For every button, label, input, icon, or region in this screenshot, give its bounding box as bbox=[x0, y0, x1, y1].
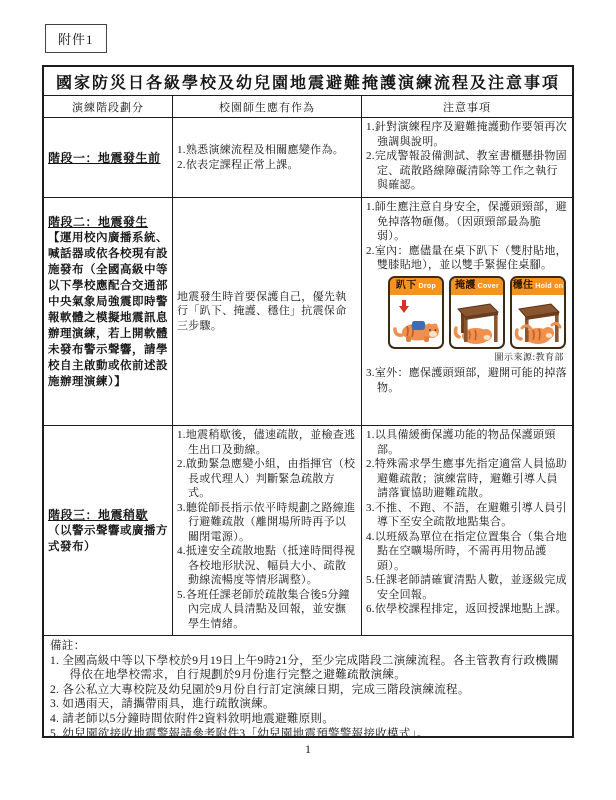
stage3-note-item: 3.不推、不跑、不語，在避難引導人員引導下至安全疏散地點集合。 bbox=[366, 501, 568, 530]
stage3-row: 階段三：地震稍歇 （以警示聲響或廣播方式發布） 1.地震稍歇後，儘速疏散，並檢查… bbox=[44, 425, 572, 635]
remark-item: 1. 全國高級中等以下學校於9月19日上午9時21分，至少完成階段二演練流程。各… bbox=[50, 654, 566, 683]
stage3-note-item: 5.任課老師請確實清點人數，並逐級完成安全回報。 bbox=[366, 573, 568, 602]
remark-item: 3. 如遇雨天，請攜帶雨具，進行疏散演練。 bbox=[50, 697, 566, 712]
header-stage-division: 演練階段劃分 bbox=[44, 96, 172, 117]
drill-procedure-table: 國家防災日各級學校及幼兒園地震避難掩護演練流程及注意事項 演練階段劃分 校園師生… bbox=[42, 65, 574, 738]
stage3-action-item: 2.啟動緊急應變小組，由指揮官（校長或代理人）判斷緊急疏散方式。 bbox=[177, 457, 357, 501]
remark-item: 4. 請老師以5分鐘時間依附件2資料敘明地震避難原則。 bbox=[50, 712, 566, 727]
stage2-action-text: 地震發生時首要保護自己，優先執行「趴下、掩護、穩住」抗震保命三步驟。 bbox=[177, 290, 357, 334]
stage3-label: 階段三：地震稍歇 bbox=[48, 507, 168, 523]
stage3-action-item: 5.各班任課老師於疏散集合後5分鐘內完成人員清點及回報，並安撫學生情緒。 bbox=[177, 588, 357, 632]
drop-tiger-icon bbox=[390, 295, 442, 347]
drop-tiger-illustration bbox=[390, 295, 442, 347]
image-source-caption: 圖示來源:教育部 bbox=[366, 350, 564, 365]
page-number: 1 bbox=[0, 742, 616, 757]
header-cautions: 注意事項 bbox=[361, 96, 572, 117]
stage1-action-item: 2.依表定課程正常上課。 bbox=[177, 158, 357, 173]
earthquake-safety-cards: 趴下 Drop bbox=[366, 276, 566, 349]
stage3-action-item: 3.聽從師長指示依平時規劃之路線進行避難疏散（離開場所時再予以關閉電源）。 bbox=[177, 501, 357, 545]
remark-item: 5. 幼兒園欲接收地震警報請參考附件3「幼兒園地震預警警報接收模式」。 bbox=[50, 727, 566, 736]
cover-card: 掩護 Cover bbox=[449, 276, 505, 349]
stage3-note-item: 4.以班級為單位在指定位置集合（集合地點在空曠場所時，不需再用物品護頭）。 bbox=[366, 530, 568, 574]
table-header-row: 演練階段劃分 校園師生應有作為 注意事項 bbox=[44, 95, 572, 117]
stage1-actions-cell: 1.熟悉演練流程及相關應變作為。 2.依表定課程正常上課。 bbox=[172, 118, 361, 197]
remark-item: 2. 各公私立大專校院及幼兒園於9月份自行訂定演練日期，完成三階段演練流程。 bbox=[50, 683, 566, 698]
hold-on-card-header: 穩住 Hold on bbox=[512, 278, 564, 295]
hold-on-tiger-illustration bbox=[512, 295, 564, 347]
stage3-sublabel: （以警示聲響或廣播方式發布） bbox=[48, 523, 168, 555]
stage1-note-item: 1.針對演練程序及避難掩護動作要領再次強調與說明。 bbox=[366, 120, 568, 149]
stage2-label-cell: 階段二：地震發生 【運用校內廣播系統、喊話器或依各校現有設施發布（全國高級中等以… bbox=[44, 198, 172, 425]
stage1-row: 階段一：地震發生前 1.熟悉演練流程及相關應變作為。 2.依表定課程正常上課。 … bbox=[44, 117, 572, 197]
stage3-note-item: 2.特殊需求學生應事先指定適當人員協助避難疏散；演練當時，避難引導人員請落實協助… bbox=[366, 457, 568, 501]
stage1-label-cell: 階段一：地震發生前 bbox=[44, 118, 172, 197]
stage3-action-item: 1.地震稍歇後，儘速疏散，並檢查逃生出口及動線。 bbox=[177, 428, 357, 457]
stage3-note-item: 6.依學校課程排定，返回授課地點上課。 bbox=[366, 602, 568, 617]
stage3-notes-cell: 1.以具備緩衝保護功能的物品保護頭頸部。 2.特殊需求學生應事先指定適當人員協助… bbox=[361, 426, 572, 635]
cover-label-zh: 掩護 bbox=[455, 279, 476, 293]
hold-on-tiger-icon bbox=[512, 295, 564, 347]
cover-tiger-illustration bbox=[451, 295, 503, 347]
cover-tiger-icon bbox=[451, 295, 503, 347]
drop-card: 趴下 Drop bbox=[388, 276, 444, 349]
stage2-announce-method: 【運用校內廣播系統、喊話器或依各校現有設施發布（全國高級中等以下學校應配合交通部… bbox=[48, 230, 168, 390]
stage1-notes-cell: 1.針對演練程序及避難掩護動作要領再次強調與說明。 2.完成警報設備測試、教室書… bbox=[361, 118, 572, 197]
drop-card-header: 趴下 Drop bbox=[390, 278, 442, 295]
stage2-row: 階段二：地震發生 【運用校內廣播系統、喊話器或依各校現有設施發布（全國高級中等以… bbox=[44, 197, 572, 425]
remarks-section: 備註： 1. 全國高級中等以下學校於9月19日上午9時21分，至少完成階段二演練… bbox=[44, 635, 572, 736]
attachment-label: 附件1 bbox=[45, 24, 107, 53]
stage2-note-item: 2.室內：應儘量在桌下趴下（雙肘貼地，雙膝貼地），並以雙手緊握住桌腳。 bbox=[366, 244, 568, 273]
hold-on-label-zh: 穩住 bbox=[513, 279, 534, 293]
stage3-note-item: 1.以具備緩衝保護功能的物品保護頭頸部。 bbox=[366, 428, 568, 457]
stage1-note-item: 2.完成警報設備測試、教室書櫃懸掛物固定、疏散路線障礙清除等工作之執行與確認。 bbox=[366, 149, 568, 193]
cover-label-en: Cover bbox=[478, 280, 499, 294]
stage2-actions-cell: 地震發生時首要保護自己，優先執行「趴下、掩護、穩住」抗震保命三步驟。 bbox=[172, 198, 361, 425]
drop-label-en: Drop bbox=[419, 280, 437, 294]
hold-on-card: 穩住 Hold on bbox=[510, 276, 566, 349]
stage2-note-item: 1.師生應注意自身安全，保護頭頸部，避免掉落物砸傷。（因頭頸部最為脆弱）。 bbox=[366, 200, 568, 244]
drop-label-zh: 趴下 bbox=[396, 279, 417, 293]
header-school-actions: 校園師生應有作為 bbox=[172, 96, 361, 117]
stage1-action-item: 1.熟悉演練流程及相關應變作為。 bbox=[177, 143, 357, 158]
stage2-note-item: 3.室外：應保護頭頸部，避開可能的掉落物。 bbox=[366, 366, 568, 395]
stage2-label: 階段二：地震發生 bbox=[48, 214, 168, 230]
stage3-action-item: 4.抵達安全疏散地點（抵達時間得視各校地形狀況、幅員大小、疏散動線流暢度等情形調… bbox=[177, 544, 357, 588]
table-title: 國家防災日各級學校及幼兒園地震避難掩護演練流程及注意事項 bbox=[44, 67, 572, 95]
stage3-actions-cell: 1.地震稍歇後，儘速疏散，並檢查逃生出口及動線。 2.啟動緊急應變小組，由指揮官… bbox=[172, 426, 361, 635]
remarks-title: 備註： bbox=[50, 639, 566, 654]
cover-card-header: 掩護 Cover bbox=[451, 278, 503, 295]
stage1-label: 階段一：地震發生前 bbox=[48, 150, 168, 166]
hold-on-label-en: Hold on bbox=[535, 280, 563, 294]
stage2-notes-cell: 1.師生應注意自身安全，保護頭頸部，避免掉落物砸傷。（因頭頸部最為脆弱）。 2.… bbox=[361, 198, 572, 425]
stage3-label-cell: 階段三：地震稍歇 （以警示聲響或廣播方式發布） bbox=[44, 426, 172, 635]
